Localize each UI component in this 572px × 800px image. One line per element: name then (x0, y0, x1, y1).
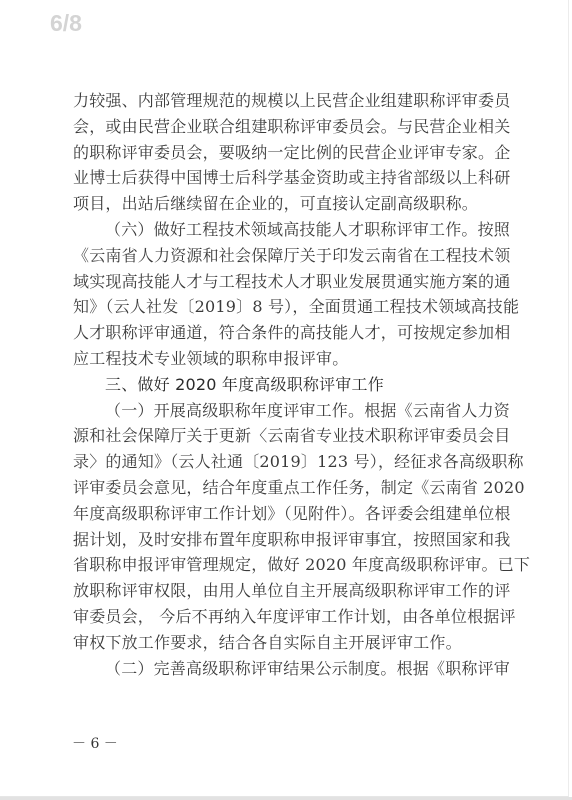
text-line: 业博士后获得中国博士后科学基金资助或主持省部级以上科研 (73, 165, 495, 191)
text-line: 据计划，及时安排布置年度职称申报评审事宜，按照国家和我 (73, 527, 495, 553)
document-page: 6/8 力较强、内部管理规范的规模以上民营企业组建职称评审委员 会，或由民营企业… (0, 0, 569, 797)
text-line: 源和社会保障厅关于更新〈云南省专业技术职称评审委员会目 (73, 423, 495, 449)
text-line: 域实现高技能人才与工程技术人才职业发展贯通实施方案的通 (73, 269, 495, 295)
text-line: 会，或由民营企业联合组建职称评审委员会。与民营企业相关 (73, 114, 495, 140)
text-line: 年度高级职称评审工作计划》（见附件）。各评委会组建单位根 (73, 501, 495, 527)
section-heading-3: 三、做好 2020 年度高级职称评审工作 (73, 372, 495, 398)
text-line: 审权下放工作要求，结合各自实际自主开展评审工作。 (73, 630, 495, 656)
text-line: 的职称评审委员会，要吸纳一定比例的民营企业评审专家。企 (73, 140, 495, 166)
paragraph-heading-1: （一）开展高级职称年度评审工作。根据《云南省人力资 (73, 398, 495, 424)
text-line: 《云南省人力资源和社会保障厅关于印发云南省在工程技术领 (73, 243, 495, 269)
paragraph-heading-2: （二）完善高级职称评审结果公示制度。根据《职称评审 (73, 656, 495, 682)
text-line: 放职称评审权限，由用人单位自主开展高级职称评审工作的评 (73, 578, 495, 604)
text-line: 应工程技术专业领域的职称申报评审。 (73, 346, 495, 372)
document-body: 力较强、内部管理规范的规模以上民营企业组建职称评审委员 会，或由民营企业联合组建… (73, 88, 495, 681)
page-number: － 6 － (72, 733, 118, 753)
text-line: 人才职称评审通道，符合条件的高技能人才，可按规定参加相 (73, 320, 495, 346)
text-line: 知》（云人社发〔2019〕8 号），全面贯通工程技术领域高技能 (73, 294, 495, 320)
page-counter: 6/8 (50, 10, 82, 37)
text-line: 省职称申报评审管理规定，做好 2020 年度高级职称评审。已下 (73, 552, 495, 578)
text-line: 项目，出站后继续留在企业的，可直接认定副高级职称。 (73, 191, 495, 217)
paragraph-heading-6: （六）做好工程技术领域高技能人才职称评审工作。按照 (73, 217, 495, 243)
text-line: 审委员会， 今后不再纳入年度评审工作计划，由各单位根据评 (73, 604, 495, 630)
text-line: 力较强、内部管理规范的规模以上民营企业组建职称评审委员 (73, 88, 495, 114)
text-line: 评审委员会意见，结合年度重点工作任务，制定《云南省 2020 (73, 475, 495, 501)
text-line: 录〉的通知》（云人社通〔2019〕123 号），经征求各高级职称 (73, 449, 495, 475)
